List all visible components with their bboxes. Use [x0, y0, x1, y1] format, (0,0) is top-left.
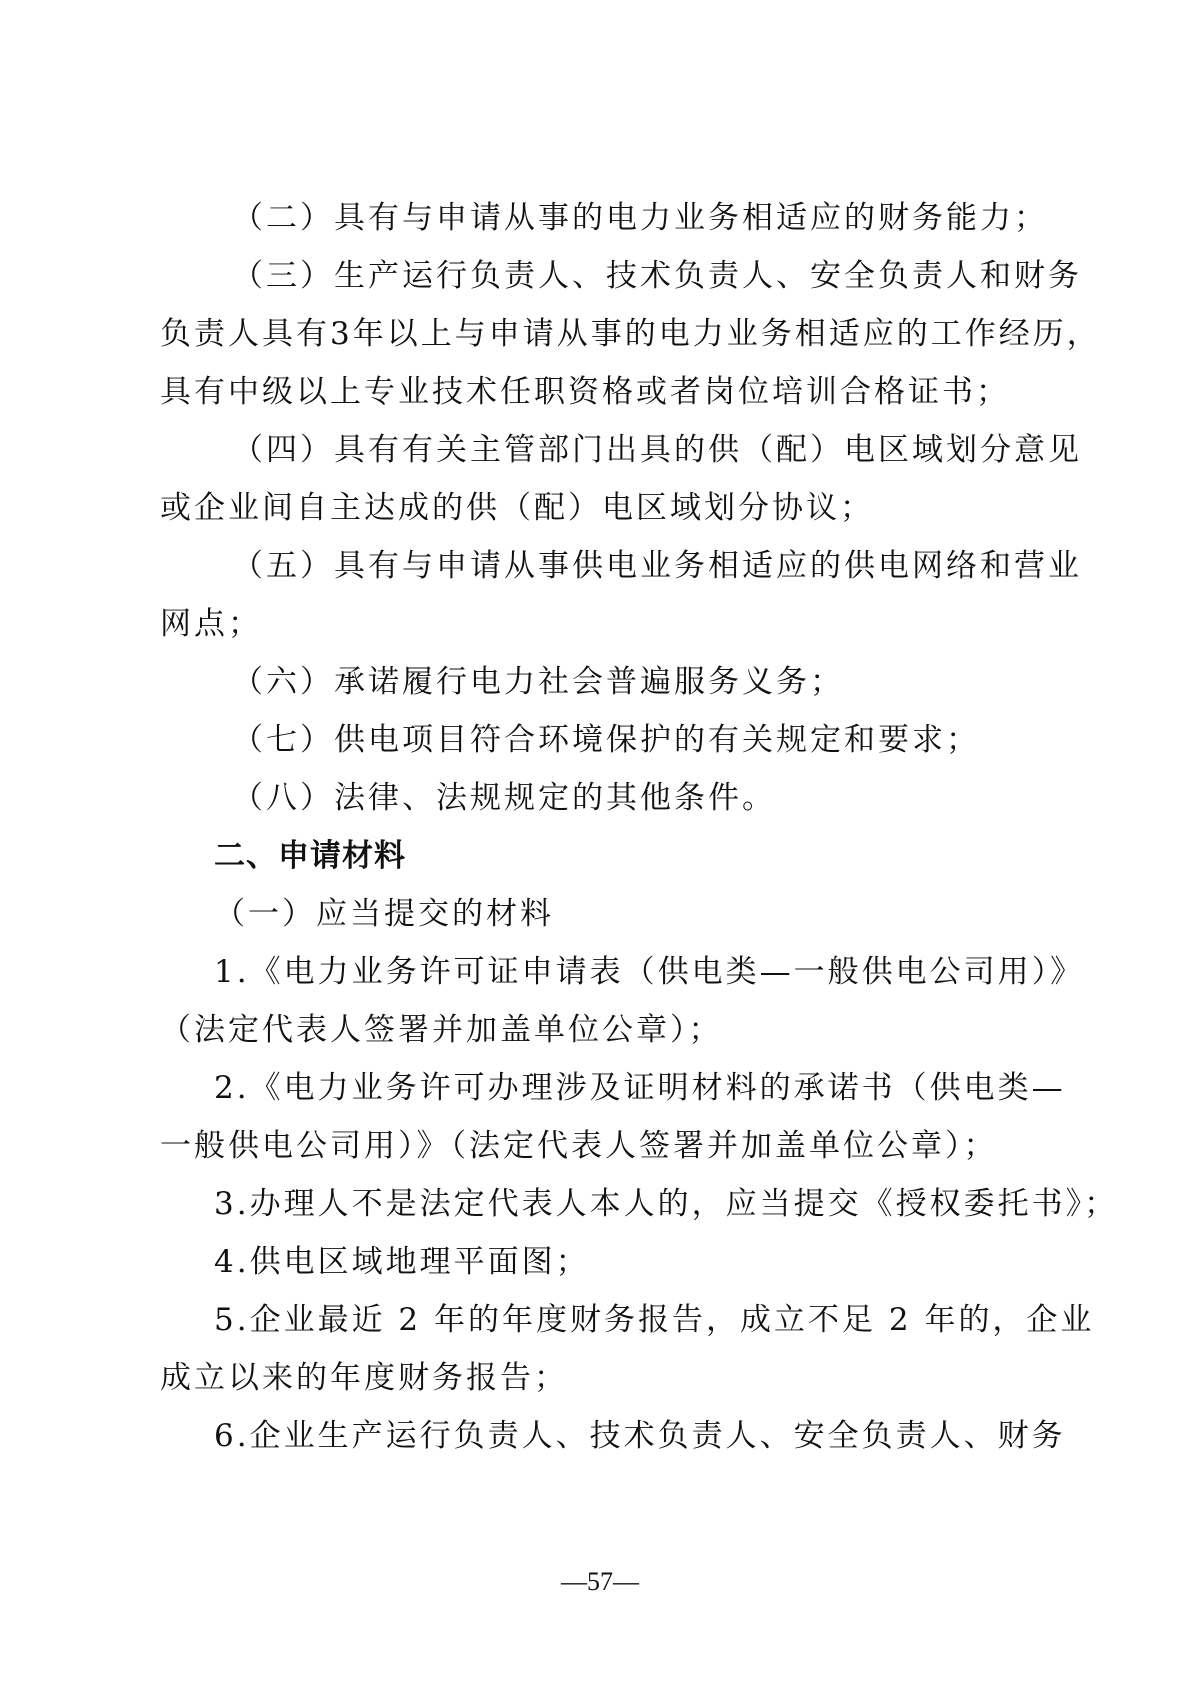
subsection-heading: （一）应当提交的材料: [214, 894, 554, 934]
material-3: 3.办理人不是法定代表人本人的，应当提交《授权委托书》；: [214, 1184, 1118, 1224]
material-6-line-1: 6.企业生产运行负责人、技术负责人、安全负责人、财务: [214, 1416, 1066, 1456]
condition-8: （八）法律、法规规定的其他条件。: [232, 778, 776, 818]
condition-6: （六）承诺履行电力社会普遍服务义务；: [232, 662, 844, 702]
material-1-line-2: （法定代表人签署并加盖单位公章）；: [160, 1010, 723, 1050]
material-2-line-1: 2.《电力业务许可办理涉及证明材料的承诺书（供电类—: [214, 1068, 1066, 1108]
page-number: —57—: [0, 1565, 1200, 1599]
material-2-line-2: 一般供电公司用）》（法定代表人签署并加盖单位公章）；: [160, 1126, 998, 1166]
condition-4-line-1: （四）具有有关主管部门出具的供（配）电区域划分意见: [232, 430, 1082, 470]
material-5-line-1: 5.企业最近 2 年的年度财务报告，成立不足 2 年的，企业: [214, 1300, 1094, 1340]
material-5-line-2: 成立以来的年度财务报告；: [160, 1358, 568, 1398]
condition-4-line-2: 或企业间自主达成的供（配）电区域划分协议；: [160, 488, 874, 528]
material-4: 4.供电区域地理平面图；: [214, 1242, 590, 1282]
condition-5-line-1: （五）具有与申请从事供电业务相适应的供电网络和营业: [232, 546, 1082, 586]
material-1-line-1: 1.《电力业务许可证申请表（供电类—一般供电公司用）》: [214, 952, 1084, 992]
condition-3-line-2: 负责人具有3年以上与申请从事的电力业务相适应的工作经历，: [160, 314, 1101, 354]
condition-3-line-1: （三）生产运行负责人、技术负责人、安全负责人和财务: [232, 256, 1082, 296]
condition-3-line-3: 具有中级以上专业技术任职资格或者岗位培训合格证书；: [160, 372, 1010, 412]
document-page: （二）具有与申请从事的电力业务相适应的财务能力； （三）生产运行负责人、技术负责…: [0, 0, 1200, 1696]
condition-5-line-2: 网点；: [160, 604, 262, 644]
section-heading: 二、申请材料: [214, 836, 406, 876]
condition-7: （七）供电项目符合环境保护的有关规定和要求；: [232, 720, 980, 760]
condition-2: （二）具有与申请从事的电力业务相适应的财务能力；: [232, 198, 1048, 238]
